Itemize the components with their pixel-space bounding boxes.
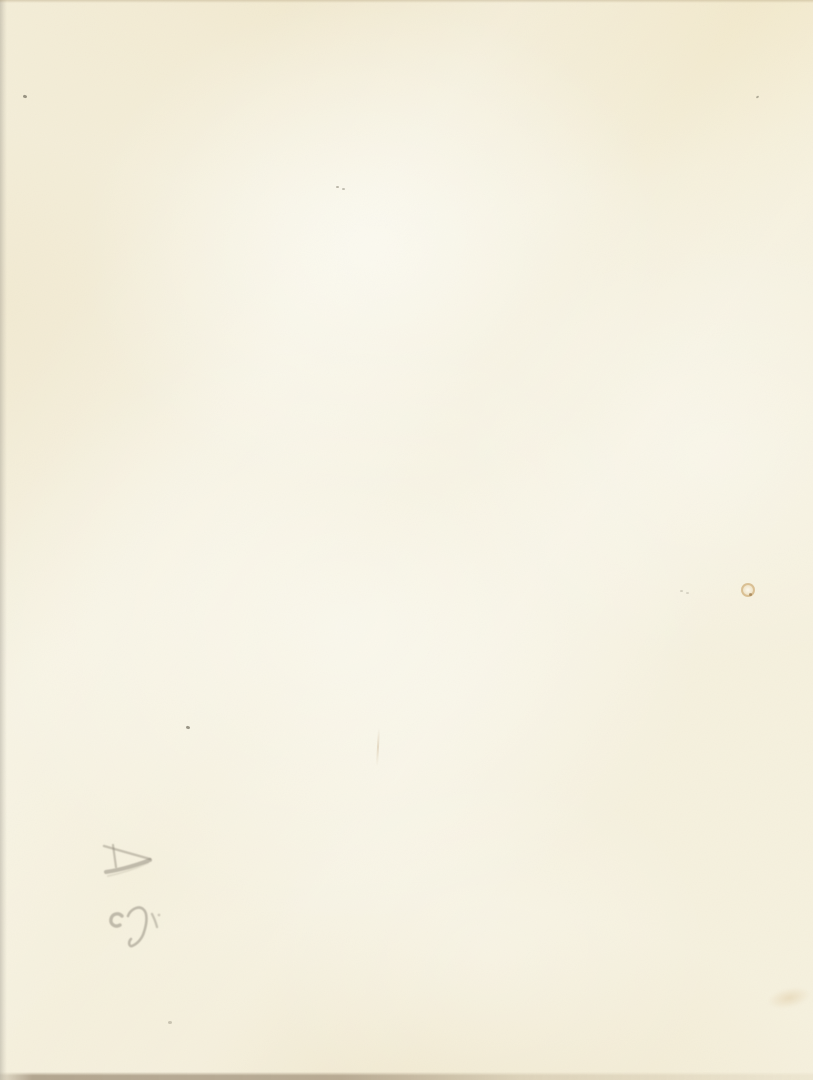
speck-tiny-mark xyxy=(756,95,760,98)
speck-pair-mark xyxy=(336,186,339,188)
pencil-inscription xyxy=(96,836,166,958)
paper-edge-left xyxy=(0,0,7,1080)
speck-faint-mark xyxy=(168,1021,172,1024)
stain-ring-mark xyxy=(741,583,755,597)
speck-dark-mark xyxy=(23,94,28,98)
pencil-glyph-5 xyxy=(111,908,161,947)
speck-pair-mark xyxy=(680,590,683,592)
pencil-glyph-4 xyxy=(104,845,150,876)
speck-dark-mark xyxy=(186,725,191,729)
paper-edge-top xyxy=(0,0,813,3)
bottom-right-smudge xyxy=(765,984,812,1013)
scratch-mark xyxy=(376,728,380,766)
photo-back-paper xyxy=(0,0,813,1080)
paper-edge-bottom xyxy=(0,1072,813,1080)
